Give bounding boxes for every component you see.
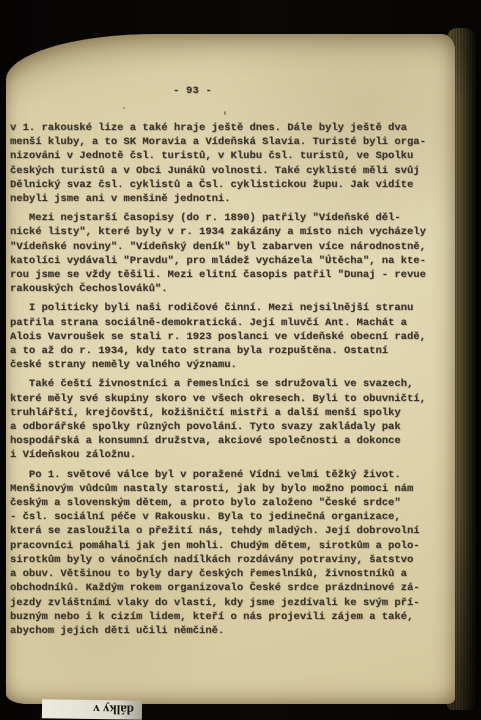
paragraph: I politicky byli naši rodičové činní. Me… [10, 301, 450, 372]
ink-speck [224, 111, 226, 115]
page-text: v 1. rakouské lize a také hraje ještě dn… [10, 121, 450, 643]
paragraph: Mezi nejstarší časopisy (do r. 1890) pat… [10, 211, 450, 296]
ink-speck [123, 107, 125, 109]
paragraph: Také čeští živnostníci a řemeslníci se s… [10, 377, 450, 462]
background-page-scrap: dálky v [42, 699, 142, 719]
page-number: - 93 - [173, 85, 212, 97]
book-photo: - 93 - v 1. rakouské lize a také hraje j… [0, 0, 481, 720]
book-page: - 93 - v 1. rakouské lize a také hraje j… [6, 34, 455, 704]
paragraph: Po 1. světové válce byl v poražené Vídni… [10, 468, 450, 638]
paragraph: v 1. rakouské lize a také hraje ještě dn… [10, 121, 450, 206]
scrap-text: dálky v [93, 702, 134, 719]
